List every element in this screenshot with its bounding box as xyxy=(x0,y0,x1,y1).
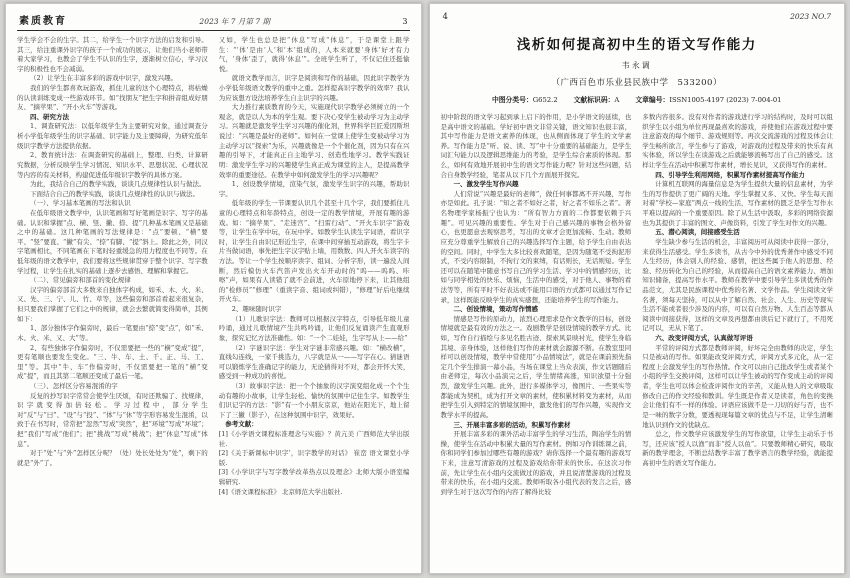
paragraph: 1、调查研究法：以低年级学生为主要研究对象，通过调查分析小学低年级学生的识字基础… xyxy=(17,122,208,151)
paragraph: 学生缺少参与生活的机会，丰富阅历可从阅读中获得一部分，来获得生活感受。学生多读书… xyxy=(642,238,833,334)
section-heading: 五、潜心阅读，间接感受生活 xyxy=(642,228,833,238)
issue-date: 2023 年 7 月第 7 期 xyxy=(199,16,270,27)
text-column-left: 初中阶段的语文学习起到承上启下的作用，是小学语文的延续，也是高中语文的基础。学好… xyxy=(441,113,632,497)
left-page-body: 学生学会不会的生字。其二，给学生一个识字方法的启发和引导。其三，给注重课外识字的… xyxy=(17,36,410,497)
text-column-right: 又如，学生也总是把“休息”写成“体息”，于是课堂上跟学生：“‘体’是由‘人’和‘… xyxy=(219,36,410,497)
paragraph: 初中阶段的语文学习起到承上启下的作用，是小学语文的延续，也是高中语文的基础。学好… xyxy=(441,113,632,180)
paragraph: （2）让学生在丰富多彩的游戏中识字，激发兴趣。 xyxy=(17,74,208,84)
paragraph: 多数内容很多。没有对作者的游戏进行学习的结构时，及时可以组织学生以小组为单位再现… xyxy=(642,113,833,171)
document-code: 文献标识码：A xyxy=(574,94,620,104)
paragraph: 2、有些独体字作偏旁时，不仅需要把一些的“横”变成“提”，更有笔顺也要发生变化。… xyxy=(17,344,208,382)
article-meta: 中图分类号：G652.2 文献标识码：A 文章编号：ISSN1005-4197 … xyxy=(441,94,834,104)
section-heading: 四、引导学生利用网络，积累写作素材提高写作能力 xyxy=(642,171,833,181)
paragraph: 我们的学生都喜欢玩游戏，抓住儿童的这个心理特点，将枯燥的认读训练变成一些游戏环节… xyxy=(17,84,208,113)
reference-item: [4]《语文课程标准》 北京师范大学出版社. xyxy=(219,488,410,498)
section-heading: 一、激发学生写作兴趣 xyxy=(441,180,632,190)
paragraph: 反复的抄写识字常常会使学生厌烦，有时还欺骗了、找规律，识字就变得加倍轻松。学习过… xyxy=(17,392,208,450)
paragraph: 1、创设教学情境，渲染气氛，激发学生识字的兴趣，帮助识字。 xyxy=(219,180,410,199)
paragraph: 大力推行素质教育的今天，实施现代识字教学必须树立的一个观念，就是以人为本的学生观… xyxy=(219,103,410,180)
right-page-body: 初中阶段的语文学习起到承上启下的作用，是小学语文的延续，也是高中语文的基础。学好… xyxy=(441,113,834,497)
paragraph: 情感是写作的原动力，浓烈心理需求是作文教学的目标，创设情境就是最有效的方法之一。… xyxy=(441,315,632,421)
paragraph: 对于“处”与“外”怎样区分呢？（处）处长处处为“处”，剩下的就是“外”了。 xyxy=(17,449,208,468)
right-page: 4 2023 NO.7 浅析如何提高初中生的语文写作能力 韦永调 （广西百色市乐… xyxy=(429,3,846,574)
left-page-header: 素质教育 2023 年 7 月第 7 期 3 xyxy=(17,12,410,31)
section-heading: 三、开展丰富多彩的活动，积累写作素材 xyxy=(441,421,632,431)
paragraph: 低年级的学生一节课要认识几个甚至十几个字，我们要抓住儿童的心理特点和年龄特点，创… xyxy=(219,199,410,305)
references-heading: 参考文献： xyxy=(219,420,410,430)
paragraph: （2）字谜识字法：学生对字谜非常感兴趣。如：“横改横”，直线勾连线，一家千挑选力… xyxy=(219,344,410,382)
section-heading: 六、改变评阅方式，认真做写评语 xyxy=(642,334,833,344)
paragraph: （1）儿歌识字法：教师可以根据汉字特点，引导低年级儿童吟诵，通过儿歌情境产生共鸣… xyxy=(219,315,410,344)
paragraph: 1、部分独体字作偏旁时，最后一笔要由“捺”变“点”，如“禾、木、火、米、又、大”… xyxy=(17,324,208,343)
page-number: 4 xyxy=(443,12,448,22)
section-heading: 二、创设情境，策动写作情感 xyxy=(441,305,632,315)
right-page-header: 4 2023 NO.7 xyxy=(441,12,834,22)
paragraph: 为此，我结合自己的教学实践，谈谈几点规律性认识与做法。 xyxy=(17,180,208,190)
reference-item: [1]《小学语文课程标准理念与实施》？黄亢美 广西师范大学出版社. xyxy=(219,430,410,449)
paragraph: 开展丰富多彩的课外活动丰富学生的学习生活，陶冶学生的情操，使学生在活动中积累大量… xyxy=(441,430,632,497)
paragraph: 学生学会不会的生字。其二，给学生一个识字方法的启发和引导。其三，给注重课外识字的… xyxy=(17,36,208,74)
paragraph: 又如，学生也总是把“休息”写成“体息”，于是课堂上跟学生：“‘体’是由‘人’和‘… xyxy=(219,36,410,74)
issue-date: 2023 NO.7 xyxy=(790,12,831,21)
paragraph: 就语文教学而言，识字是阅读和写作的基础，因此识字教学为小学低年级语文教学的重中之… xyxy=(219,74,410,103)
clc-number: 中图分类号：G652.2 xyxy=(492,94,558,104)
text-column-right: 多数内容很多。没有对作者的游戏进行学习的结构时，及时可以组织学生以小组为单位再现… xyxy=(642,113,833,497)
paragraph: 2、趣味随时识字 xyxy=(219,305,410,315)
paragraph: 2、教育统计法：在调查研究的基础上，整理、归类、计算研究数据，分析反映学生学习情… xyxy=(17,151,208,180)
reference-item: [2]《关于新课标中识字’，识字教学的对话》 崔峦 语文课堂小学版. xyxy=(219,449,410,468)
author-affiliation: （广西百色市乐业县民族中学 533200） xyxy=(441,76,834,88)
paragraph: 人们常说“兴趣是最好的老师”，做任何事都离不开兴趣，写作亦是如此。孔子说：“知之… xyxy=(441,190,632,305)
journal-title: 素质教育 xyxy=(19,12,67,27)
text-column-left: 学生学会不会的生字。其二，给学生一个识字方法的启发和引导。其三，给注重课外识字的… xyxy=(17,36,208,497)
paragraph: 总之，作文教学应该激发学生的写作欲望，让学生主动乐于书写，还应该“授人以渔”而非… xyxy=(642,430,833,468)
paragraph: 平常的评阅方式都是教师评阅，好坏完全由教师的决定，学生只是被动的写作。如果能改变… xyxy=(642,344,833,430)
paragraph: 计算机互联网的海量信息是为学生提供大量的信息素材，为学生的写作提供了更广阔的天地… xyxy=(642,180,833,228)
page-number: 3 xyxy=(402,17,407,26)
paragraph: 汉字的偏旁部首大多数来自独体字构成，如禾、木、火、米、又、先、三、宁、儿、竹、草… xyxy=(17,286,208,324)
article-head: 浅析如何提高初中生的语文写作能力 韦永调 （广西百色市乐业县民族中学 53320… xyxy=(441,33,834,104)
reference-item: [3]《小学识字与写字教学改革热点以及理念》北师大版小语室编辑研究. xyxy=(219,468,410,487)
author-name: 韦永调 xyxy=(441,60,834,71)
paragraph: （三）、怎样区分容易混淆的字 xyxy=(17,382,208,392)
article-id: 文章编号：ISSN1005-4197 (2023) 7-004-01 xyxy=(635,94,781,104)
paragraph: （二）、常见偏旁和部首的变化规律 xyxy=(17,276,208,286)
paragraph: （3）故事识字法：把一个个抽象的汉字演变组化成一个个生动有趣的小故事，让学生轻松… xyxy=(219,382,410,420)
paragraph: 在低年级语文教学中，认识笔画和写好笔画是识字、写字的基础。认识和掌握“点、横、竖… xyxy=(17,209,208,276)
left-page: 素质教育 2023 年 7 月第 7 期 3 学生学会不会的生字。其二，给学生一… xyxy=(5,3,422,574)
paragraph: （一）、学习基本笔画的写法和认识 xyxy=(17,199,208,209)
article-title: 浅析如何提高初中生的语文写作能力 xyxy=(441,33,834,53)
paragraph: 下面结合自己的教学实践，谈谈几点规律性的认识与做法。 xyxy=(17,190,208,200)
